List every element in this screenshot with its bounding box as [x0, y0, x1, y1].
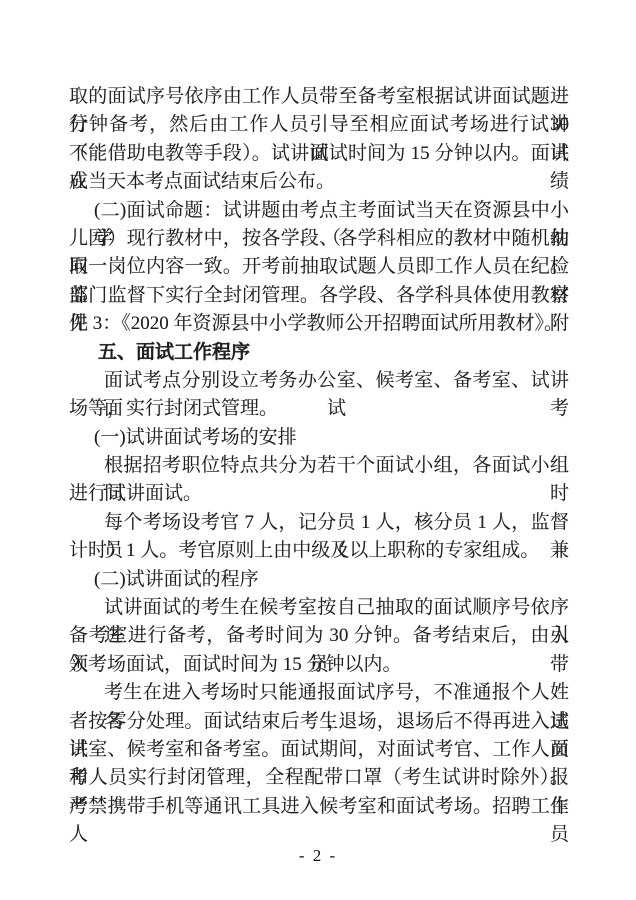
text-line: 考人员实行封闭管理，全程配带口罩（考生试讲时除外）。考生 — [69, 764, 569, 792]
text-line: 者按零分处理。面试结束后考生退场，退场后不得再进入试讲面 — [69, 708, 569, 736]
subsection-heading: (一)试讲面试考场的安排 — [69, 424, 569, 452]
section-heading: 五、面试工作程序 — [69, 339, 569, 367]
subsection-heading: (二)试讲面试的程序 — [69, 566, 569, 594]
text-line: (二)面试命题：试讲题由考点主考面试当天在资源县中小学（幼 — [69, 197, 569, 225]
text-line: 根据招考职位特点共分为若干个面试小组，各面试小组同时 — [69, 452, 569, 480]
document-body: 取的面试序号依序由工作人员带至备考室根据试讲面试题进行 30 分钟备考，然后由工… — [69, 83, 569, 821]
text-line: 部门监督下实行全封闭管理。各学段、各学科具体使用教材见附 — [69, 282, 569, 310]
text-line: 备考室进行备考，备考时间为 30 分钟。备考结束后，由引领员带 — [69, 622, 569, 650]
document-page: 取的面试序号依序由工作人员带至备考室根据试讲面试题进行 30 分钟备考，然后由工… — [0, 0, 636, 900]
text-line: 试室、候考室和备考室。面试期间，对面试考官、工作人员和报 — [69, 736, 569, 764]
text-line: 计时）1 人。考官原则上由中级及以上职称的专家组成。 — [69, 537, 569, 565]
text-line: 分钟备考，然后由工作人员引导至相应面试考场进行试讲（试讲 — [69, 111, 569, 139]
text-line: 面试考点分别设立考务办公室、候考室、备考室、试讲面试考 — [69, 367, 569, 395]
text-line: 试讲面试的考生在候考室按自己抽取的面试顺序号依序进入 — [69, 594, 569, 622]
text-line: 取的面试序号依序由工作人员带至备考室根据试讲面试题进行 30 — [69, 83, 569, 111]
text-line: 同一岗位内容一致。开考前抽取试题人员即工作人员在纪检监察 — [69, 253, 569, 281]
text-line: 儿园）现行教材中，按各学段、各学科相应的教材中随机抽取。 — [69, 225, 569, 253]
text-line: 考生在进入考场时只能通报面试序号，不准通报个人姓名，违 — [69, 679, 569, 707]
page-number: - 2 - — [0, 846, 636, 866]
text-line: 不能借助电教等手段）。试讲面试时间为 15 分钟以内。面试成绩 — [69, 140, 569, 168]
text-line: 件 3：《2020 年资源县中小学教师公开招聘面试所用教材》。 — [69, 310, 569, 338]
text-line: 严禁携带手机等通讯工具进入候考室和面试考场。招聘工作人员 — [69, 793, 569, 821]
text-line: 每个考场设考官 7 人，记分员 1 人，核分员 1 人，监督员（兼 — [69, 509, 569, 537]
